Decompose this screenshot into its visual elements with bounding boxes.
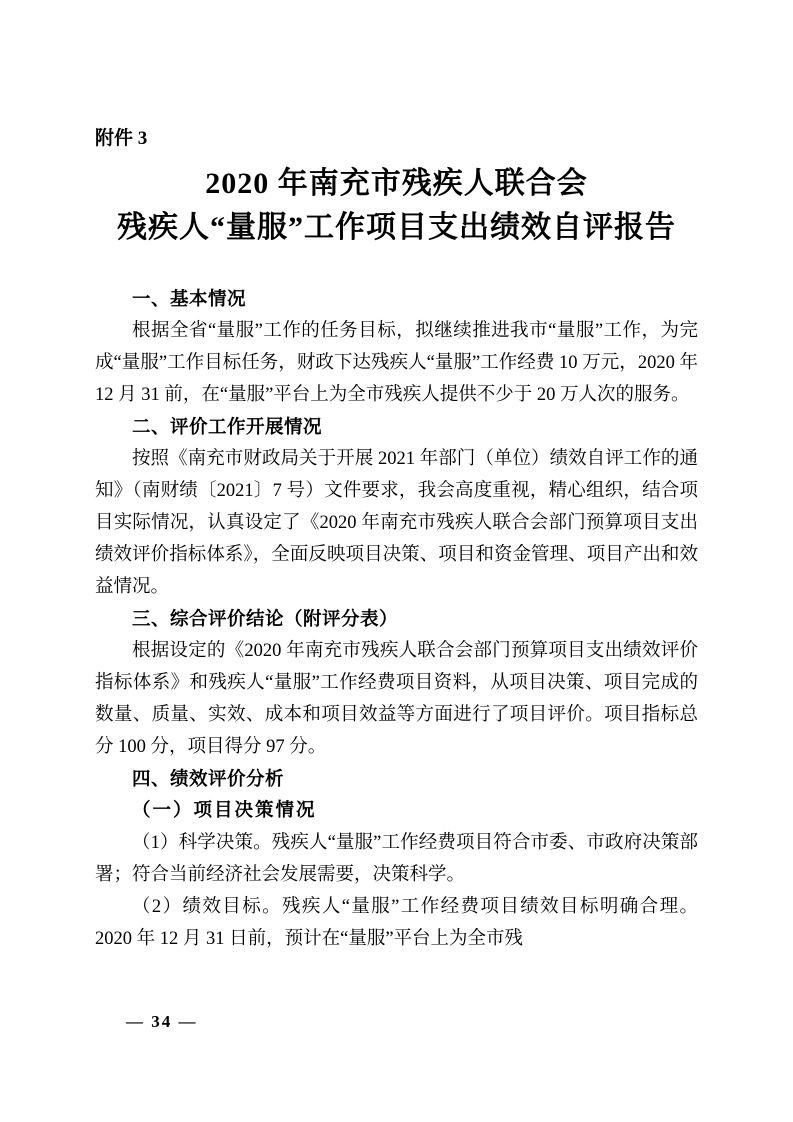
section-heading-4: 四、绩效评价分析 <box>95 763 698 795</box>
attachment-label: 附件 3 <box>95 126 698 152</box>
section-3-paragraph: 根据设定的《2020 年南充市残疾人联合会部门预算项目支出绩效评价指标体系》和残… <box>95 635 698 763</box>
section-heading-2: 二、评价工作开展情况 <box>95 411 698 443</box>
title-line-1: 2020 年南充市残疾人联合会 <box>95 162 698 206</box>
section-1-paragraph: 根据全省“量服”工作的任务目标，拟继续推进我市“量服”工作，为完成“量服”工作目… <box>95 315 698 411</box>
document-body: 一、基本情况 根据全省“量服”工作的任务目标，拟继续推进我市“量服”工作，为完成… <box>95 283 698 955</box>
title-line-2: 残疾人“量服”工作项目支出绩效自评报告 <box>95 206 698 250</box>
document-title: 2020 年南充市残疾人联合会 残疾人“量服”工作项目支出绩效自评报告 <box>95 162 698 250</box>
page-number: — 34 — <box>126 1012 198 1032</box>
subsection-4-1-paragraph-1: （1）科学决策。残疾人“量服”工作经费项目符合市委、市政府决策部署；符合当前经济… <box>95 827 698 891</box>
subsection-heading-4-1: （一）项目决策情况 <box>95 795 698 827</box>
section-heading-1: 一、基本情况 <box>95 283 698 315</box>
section-heading-3: 三、综合评价结论（附评分表） <box>95 603 698 635</box>
section-2-paragraph: 按照《南充市财政局关于开展 2021 年部门（单位）绩效自评工作的通知》（南财绩… <box>95 443 698 603</box>
document-content: 附件 3 2020 年南充市残疾人联合会 残疾人“量服”工作项目支出绩效自评报告… <box>95 126 698 955</box>
subsection-4-1-paragraph-2: （2）绩效目标。残疾人“量服”工作经费项目绩效目标明确合理。 2020 年 12… <box>95 891 698 955</box>
document-page: 附件 3 2020 年南充市残疾人联合会 残疾人“量服”工作项目支出绩效自评报告… <box>0 0 793 1122</box>
